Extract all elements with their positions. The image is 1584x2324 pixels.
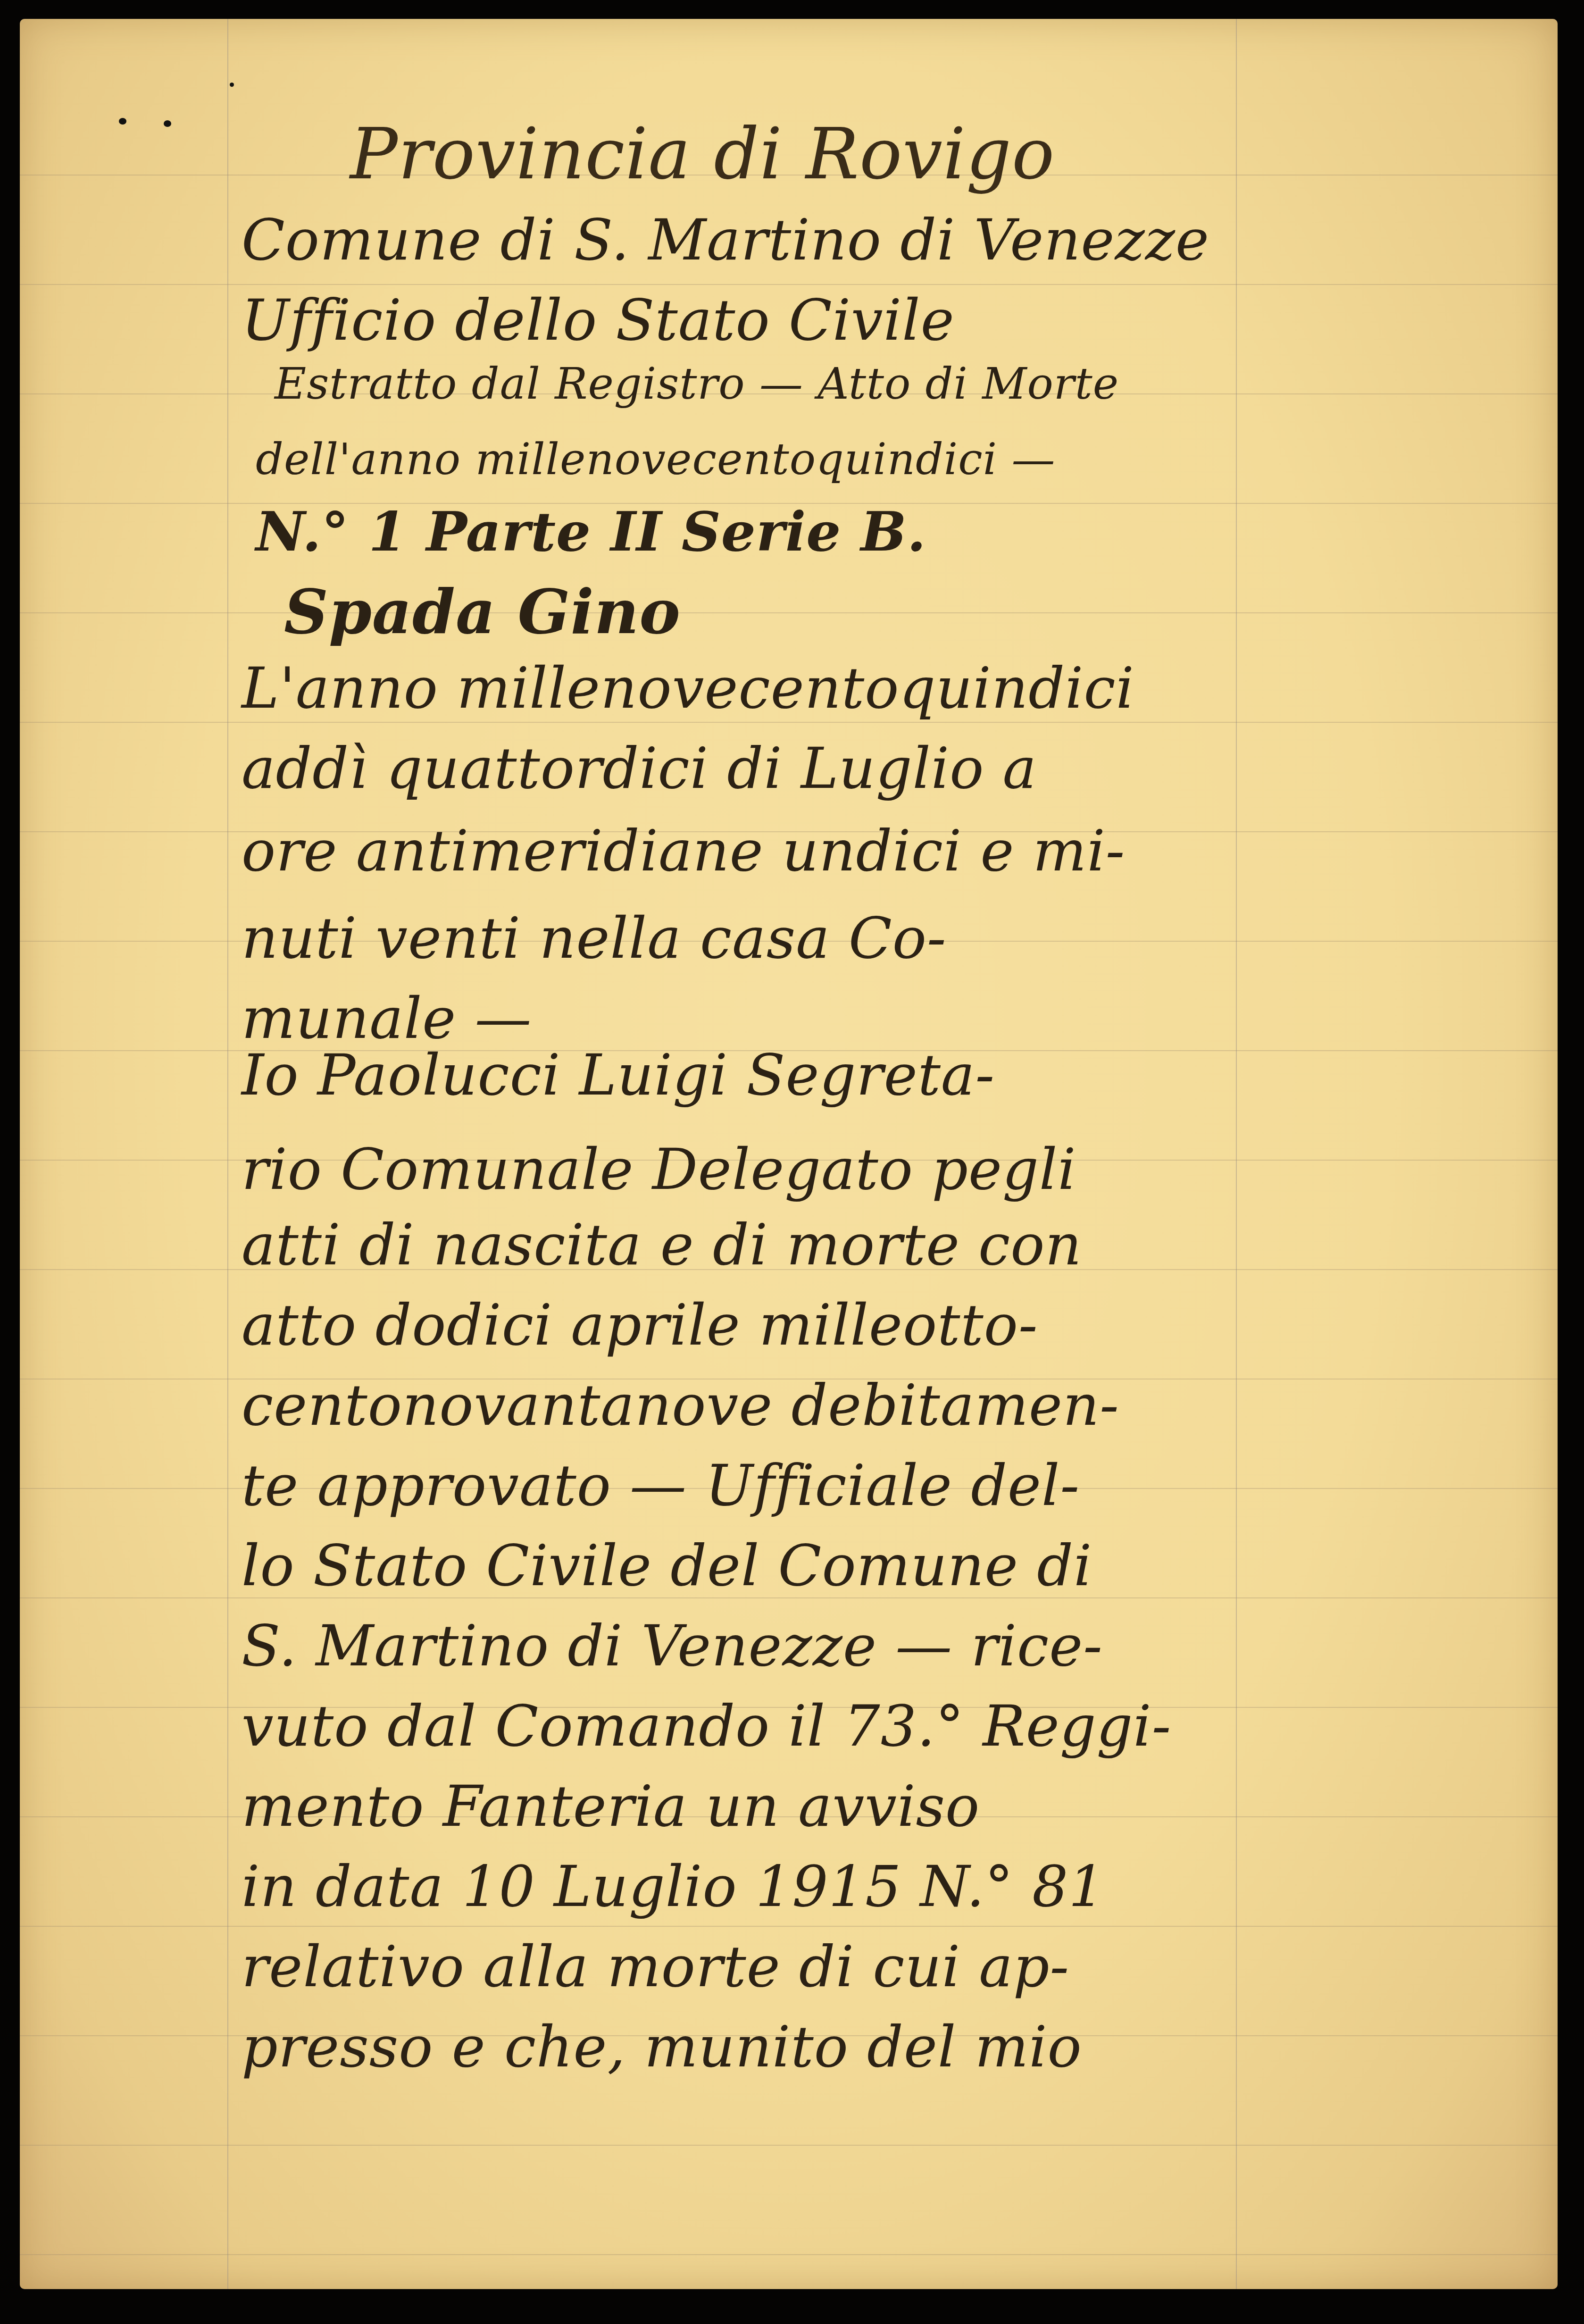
body-line: S. Martino di Venezze — rice- bbox=[242, 1613, 1103, 1679]
body-line: presso e che, munito del mio bbox=[242, 2015, 1082, 2080]
body-line: mento Fanteria un avviso bbox=[242, 1774, 980, 1839]
body-line: vuto dal Comando il 73.° Reggi- bbox=[242, 1694, 1171, 1759]
left-margin-line bbox=[227, 19, 228, 2289]
body-line: nuti venti nella casa Co- bbox=[242, 906, 947, 971]
header-office: Ufficio dello Stato Civile bbox=[242, 288, 955, 353]
body-line: addì quattordici di Luglio a bbox=[242, 736, 1037, 802]
body-line: atto dodici aprile milleotto- bbox=[242, 1293, 1038, 1358]
body-line: ore antimeridiane undici e mi- bbox=[242, 819, 1125, 884]
body-line: relativo alla morte di cui ap- bbox=[242, 1934, 1069, 2000]
body-line: in data 10 Luglio 1915 N.° 81 bbox=[242, 1854, 1105, 1920]
extract-title-2: dell'anno millenovecentoquindici — bbox=[256, 434, 1055, 485]
extract-title-1: Estratto dal Registro — Atto di Morte bbox=[275, 359, 1119, 409]
body-line: atti di nascita e di morte con bbox=[242, 1212, 1082, 1278]
body-line: rio Comunale Delegato pegli bbox=[242, 1137, 1076, 1203]
deceased-name: Spada Gino bbox=[284, 576, 681, 648]
body-line: L'anno millenovecentoquindici bbox=[242, 656, 1134, 721]
ink-speck bbox=[164, 120, 171, 127]
body-line: centonovantanove debitamen- bbox=[242, 1373, 1119, 1438]
record-reference: N.° 1 Parte II Serie B. bbox=[256, 500, 926, 564]
right-margin-line bbox=[1236, 19, 1237, 2289]
body-line: Io Paolucci Luigi Segreta- bbox=[242, 1043, 995, 1108]
ink-speck bbox=[119, 118, 126, 125]
header-commune: Comune di S. Martino di Venezze bbox=[242, 208, 1209, 273]
document-page: Provincia di Rovigo Comune di S. Martino… bbox=[20, 19, 1558, 2289]
body-line: lo Stato Civile del Comune di bbox=[242, 1533, 1092, 1599]
body-line: te approvato — Ufficiale del- bbox=[242, 1453, 1080, 1519]
header-province: Provincia di Rovigo bbox=[350, 113, 1055, 195]
body-line: munale — bbox=[242, 986, 532, 1052]
ink-speck bbox=[230, 83, 234, 87]
